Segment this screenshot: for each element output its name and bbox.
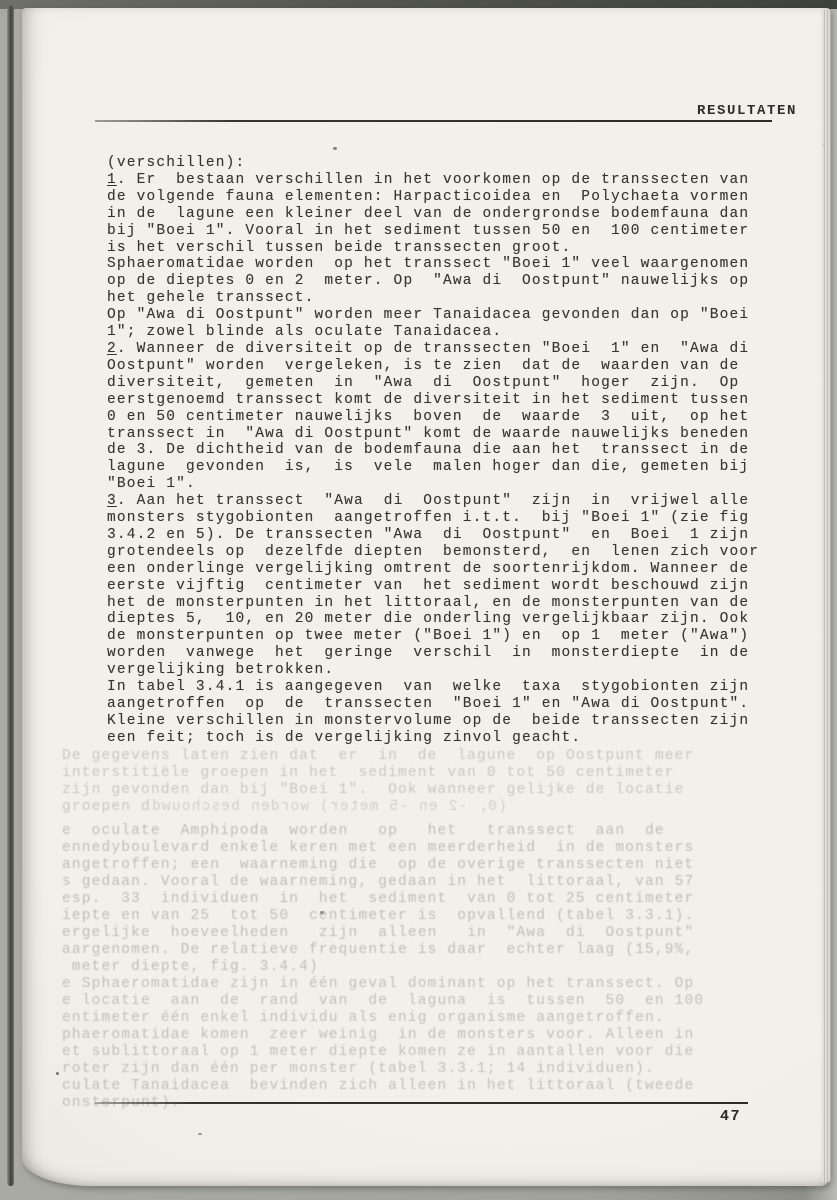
body-line: eerste vijftig centimeter van het sedime… [107, 578, 787, 595]
body-line: de 3. De dichtheid van de bodemfauna die… [107, 442, 787, 459]
body-line: de volgende fauna elementen: Harpacticoi… [107, 189, 787, 206]
ghost-bleedthrough-text-middle: e oculate Amphipoda worden op het transs… [62, 823, 802, 976]
body-line: 0 en 50 centimeter nauwelijks boven de w… [107, 409, 787, 426]
paper-speck [56, 1072, 59, 1075]
body-line: monsters stygobionten aangetroffen i.t.t… [107, 510, 787, 527]
body-line: aangetroffen op de transsecten "Boei 1" … [107, 696, 787, 713]
body-line: In tabel 3.4.1 is aangegeven van welke t… [107, 679, 787, 696]
body-line: 3. Aan het transsect "Awa di Oostpunt" z… [107, 493, 787, 510]
body-line: 2. Wanneer de diversiteit op de transsec… [107, 341, 787, 358]
body-line: Oostpunt" worden vergeleken, is te zien … [107, 358, 787, 375]
body-line: eerstgenoemd transsect komt de diversite… [107, 392, 787, 409]
ghost-line: angetroffen; een waarneming die op de ov… [62, 857, 802, 874]
ghost-mirrored-text: (0, -2 en -5 meter) worden beschouwd [151, 799, 507, 816]
ghost-line: e oculate Amphipoda worden op het transs… [62, 823, 802, 840]
ghost-line: s gedaan. Vooral de waarneming, gedaan i… [62, 874, 802, 891]
footer-rule [95, 1102, 748, 1104]
page-number: 47 [720, 1108, 741, 1125]
body-line: lagune gevonden is, is vele malen hoger … [107, 459, 787, 476]
body-line: dieptes 5, 10, en 20 meter die onderling… [107, 611, 787, 628]
ghost-bleedthrough-text-upper: De gegevens laten zien dat er in de lagu… [62, 748, 802, 816]
ghost-line: roter zijn dan één per monster (tabel 3.… [62, 1061, 802, 1078]
ghost-line: phaeromatidae komen zeer weinig in de mo… [62, 1027, 802, 1044]
body-line: 1"; zowel blinde als oculate Tanaidacea. [107, 324, 787, 341]
ghost-line: entimeter één enkel individu als enig or… [62, 1010, 802, 1027]
body-line: Op "Awa di Oostpunt" worden meer Tanaida… [107, 307, 787, 324]
ghost-line: e Sphaeromatidae zijn in één geval domin… [62, 976, 802, 993]
body-line: worden vanwege het geringe verschil in m… [107, 645, 787, 662]
ghost-line: interstitiële groepen in het sediment va… [62, 765, 802, 782]
ghost-line: meter diepte, fig. 3.4.4) [62, 959, 802, 976]
paper-speck [320, 911, 324, 914]
paper-speck [198, 1133, 202, 1135]
ghost-line: zijn gevonden dan bij "Boei 1". Ook wann… [62, 782, 802, 799]
ghost-bleedthrough-text-lower: e Sphaeromatidae zijn in één geval domin… [62, 976, 802, 1112]
body-line: grotendeels op dezelfde diepten bemonste… [107, 544, 787, 561]
body-line: het gehele transsect. [107, 290, 787, 307]
body-line: op de dieptes 0 en 2 meter. Op "Awa di O… [107, 273, 787, 290]
ghost-line: ergelijke hoeveelheden zijn alleen in "A… [62, 925, 802, 942]
ghost-line: ennedyboulevard enkele keren met een mee… [62, 840, 802, 857]
ghost-line: et sublittoraal op 1 meter diepte komen … [62, 1044, 802, 1061]
ghost-line-mixed: groepen d(0, -2 en -5 meter) worden besc… [62, 799, 802, 816]
ghost-line: culate Tanaidacea bevinden zich alleen i… [62, 1078, 802, 1095]
body-line: Kleine verschillen in monstervolume op d… [107, 713, 787, 730]
body-line: bij "Boei 1". Vooral in het sediment tus… [107, 223, 787, 240]
ghost-line: e locatie aan de rand van de laguna is t… [62, 993, 802, 1010]
body-line: 3.4.2 en 5). De transsecten "Awa di Oost… [107, 527, 787, 544]
body-line: (verschillen): [107, 155, 787, 172]
body-line: in de lagune een kleiner deel van de ond… [107, 206, 787, 223]
ghost-line: De gegevens laten zien dat er in de lagu… [62, 748, 802, 765]
body-line: is het verschil tussen beide transsecten… [107, 240, 787, 257]
body-line: een onderlinge vergelijking omtrent de s… [107, 561, 787, 578]
body-line: "Boei 1". [107, 476, 787, 493]
ghost-line: esp. 33 individuen in het sediment van 0… [62, 891, 802, 908]
book-page-stack-edge [822, 10, 831, 1182]
body-line: diversiteit, gemeten in "Awa di Oostpunt… [107, 375, 787, 392]
body-line: het de monsterpunten in het littoraal, e… [107, 595, 787, 612]
body-line: de monsterpunten op twee meter ("Boei 1"… [107, 628, 787, 645]
body-line: een feit; toch is de vergelijking zinvol… [107, 730, 787, 747]
body-line: 1. Er bestaan verschillen in het voorkom… [107, 172, 787, 189]
document-page: RESULTATEN (verschillen): 1. Er bestaan … [22, 8, 830, 1186]
book-binding-edge [7, 6, 14, 1186]
body-line: vergelijking betrokken. [107, 662, 787, 679]
ghost-line: iepte en van 25 tot 50 centimeter is opv… [62, 908, 802, 925]
body-line: transsect in "Awa di Oostpunt" komt de w… [107, 426, 787, 443]
page-header-title: RESULTATEN [667, 103, 797, 119]
paper-speck [333, 147, 337, 150]
body-line: Sphaeromatidae worden op het transsect "… [107, 256, 787, 273]
ghost-line: aargenomen. De relatieve frequentie is d… [62, 942, 802, 959]
header-underline-rule [95, 120, 772, 122]
ghost-line-prefix: groepen d [62, 799, 151, 815]
body-text-block: (verschillen): 1. Er bestaan verschillen… [107, 155, 787, 747]
